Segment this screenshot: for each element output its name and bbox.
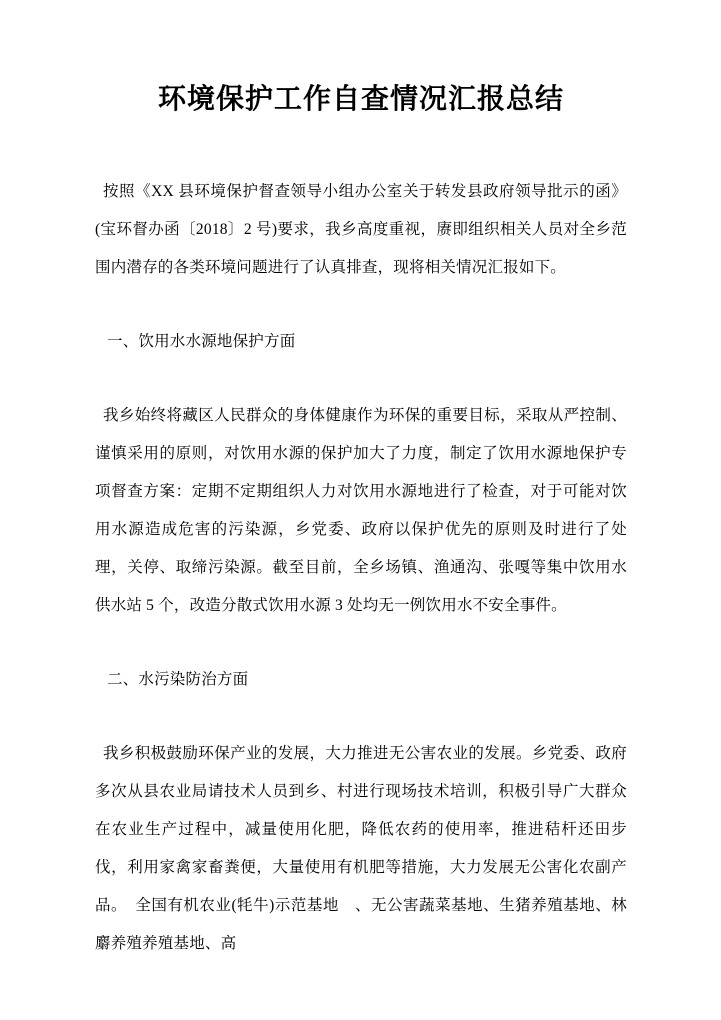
section-2-heading: 二、水污染防治方面 — [95, 661, 627, 699]
intro-paragraph: 按照《XX 县环境保护督查领导小组办公室关于转发县政府领导批示的函》(宝环督办函… — [95, 173, 627, 287]
section-2-paragraph: 我乡积极鼓励环保产业的发展，大力推进无公害农业的发展。乡党委、政府多次从县农业局… — [95, 735, 627, 963]
document-page: 环境保护工作自查情况汇报总结 按照《XX 县环境保护督查领导小组办公室关于转发县… — [0, 0, 721, 1020]
section-1-heading: 一、饮用水水源地保护方面 — [95, 323, 627, 361]
section-1-paragraph: 我乡始终将藏区人民群众的身体健康作为环保的重要目标，采取从严控制、谨慎采用的原则… — [95, 397, 627, 625]
document-title: 环境保护工作自查情况汇报总结 — [95, 82, 627, 117]
